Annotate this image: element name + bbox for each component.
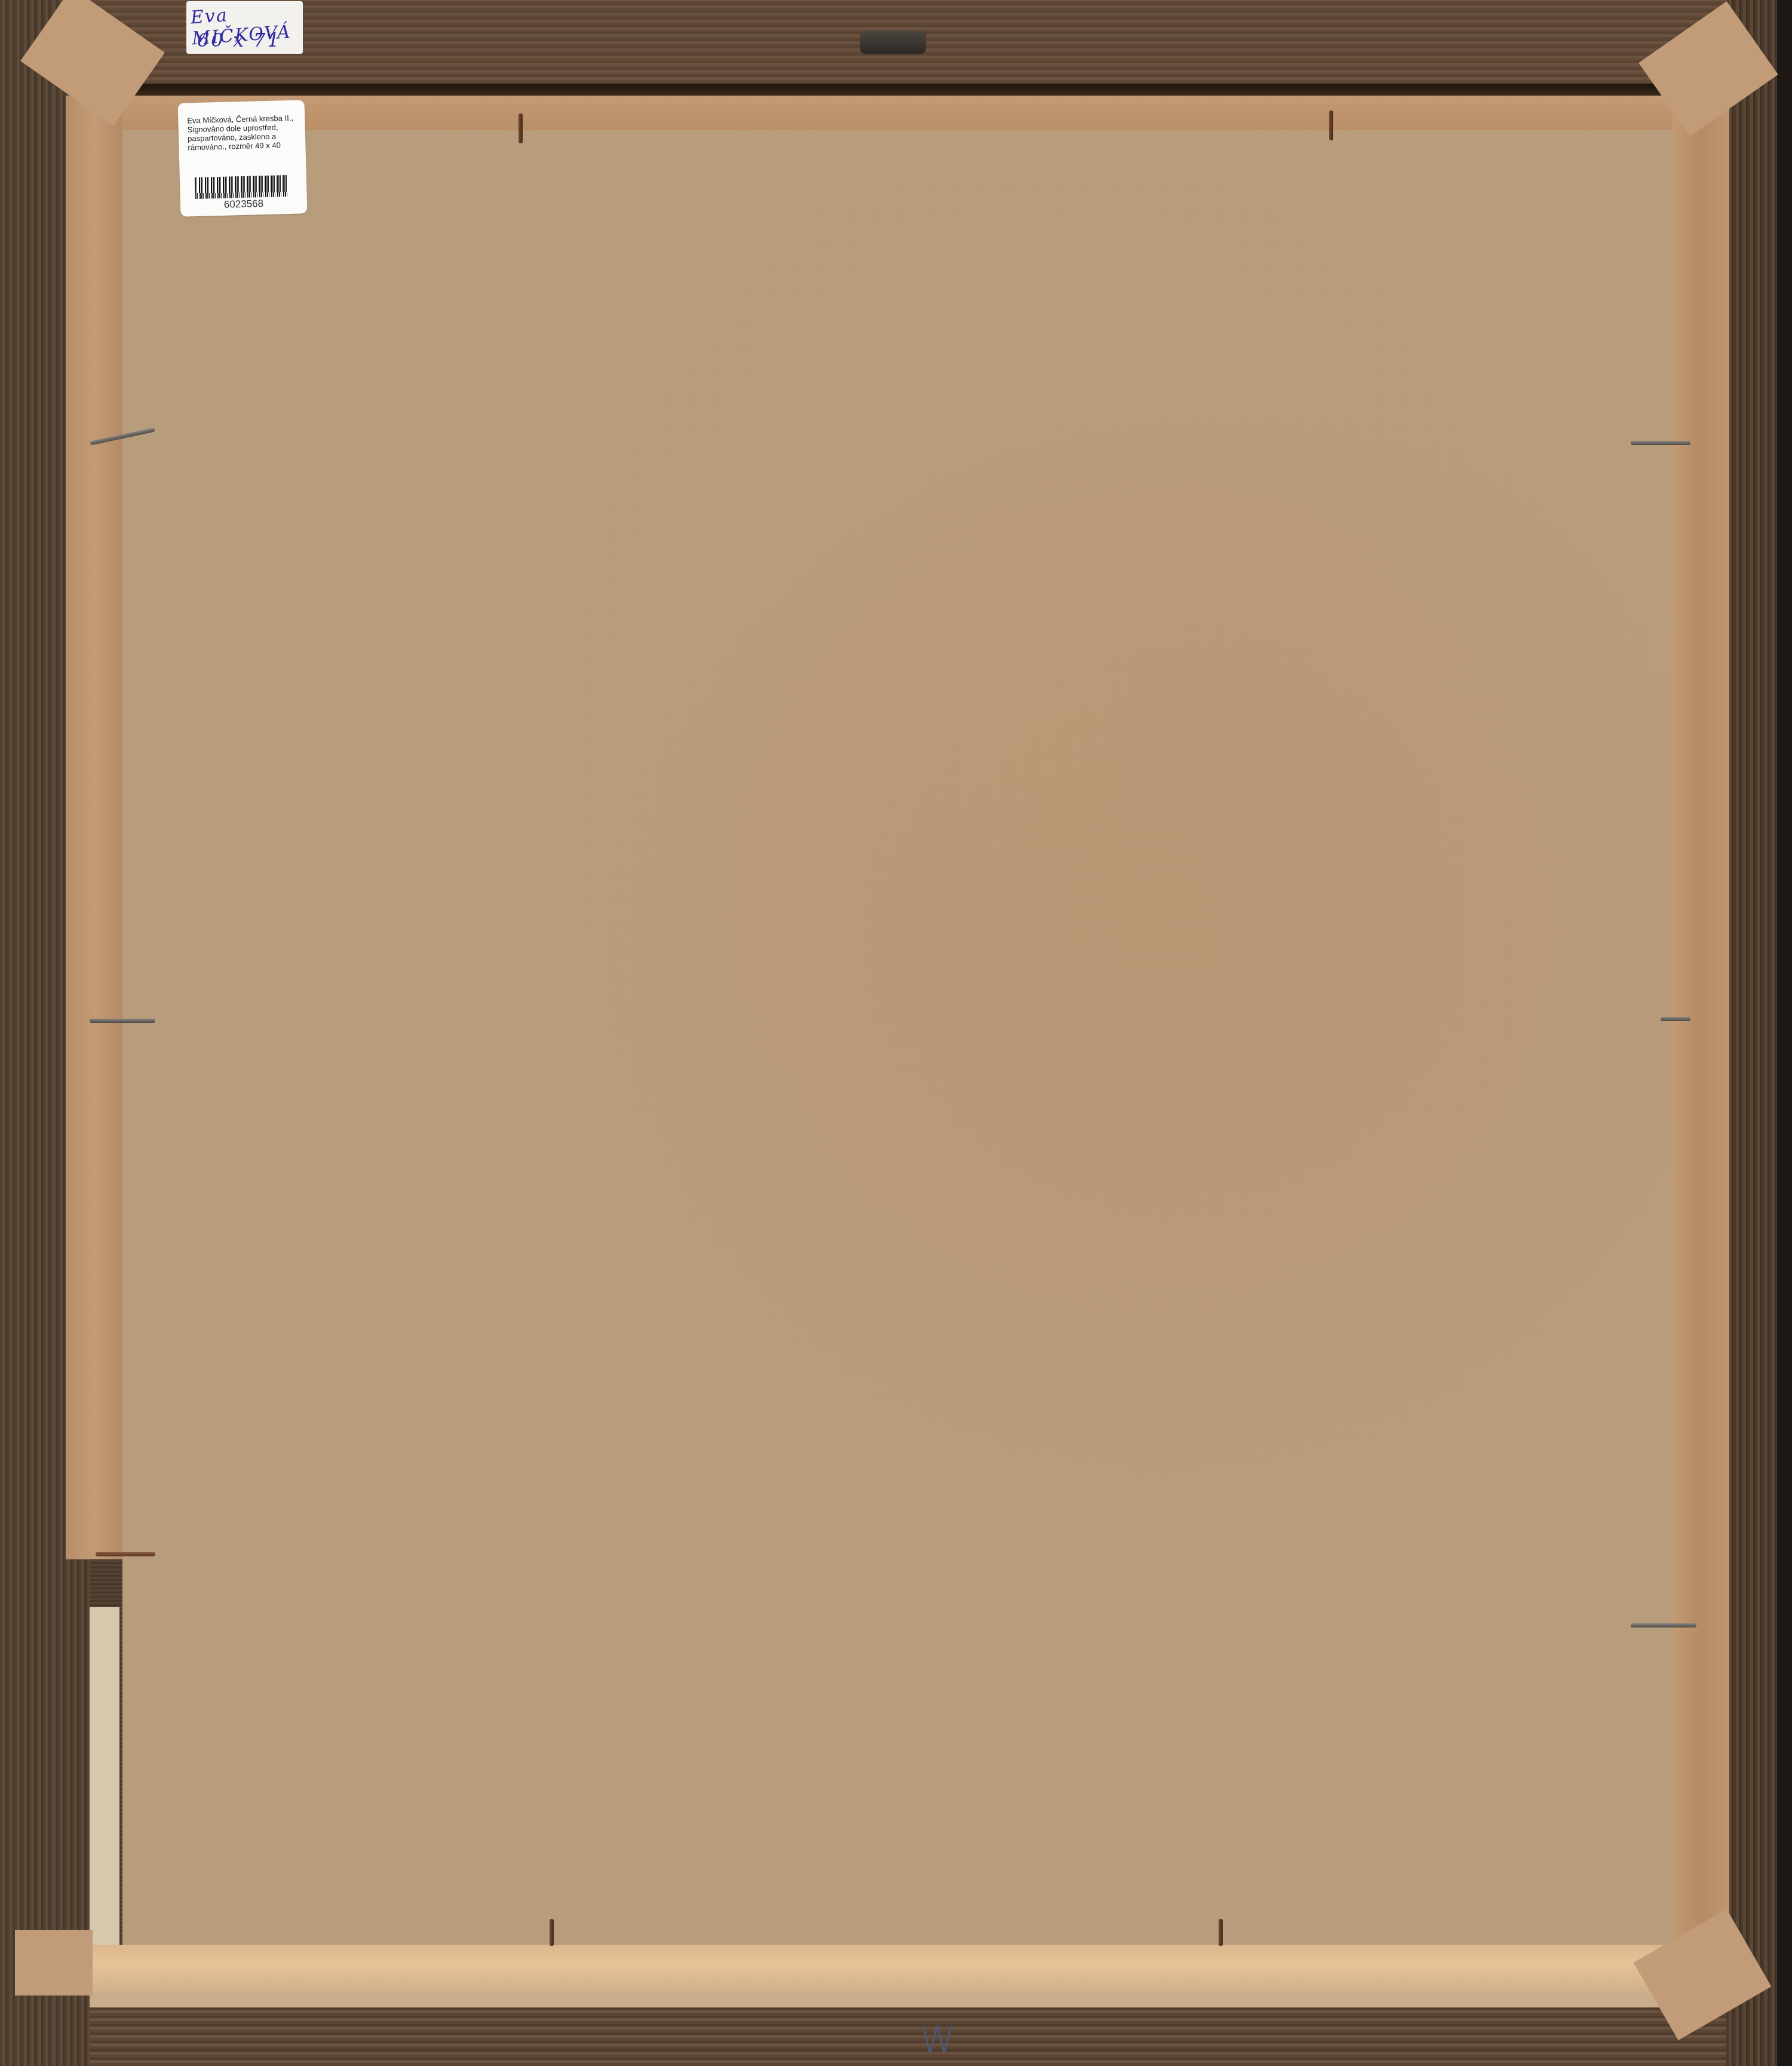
- tape-strip-right: [1673, 96, 1729, 1966]
- cardboard-backing: [122, 130, 1673, 1947]
- backing-edge-strip: [90, 1607, 119, 1948]
- artwork-back-photo: Eva MIČKOVÁ 60 x 71 Eva Míčková, Černá k…: [0, 0, 1792, 2066]
- nail-icon: [1219, 1919, 1223, 1946]
- inventory-label: Eva Míčková, Černá kresba II., Signováno…: [178, 100, 308, 216]
- frame-gap-shadow: [84, 84, 1696, 97]
- nail-icon: [518, 114, 523, 143]
- tape-strip-bottom: [90, 1945, 1732, 1993]
- pencil-mark: W: [920, 2019, 955, 2061]
- nail-icon: [1329, 111, 1333, 140]
- tape-strip-left: [66, 96, 122, 1559]
- tape-corner-bottom-left: [15, 1930, 93, 1996]
- hanger-hook-icon: [860, 31, 926, 54]
- nail-icon: [90, 1019, 155, 1023]
- nail-icon: [1631, 1623, 1696, 1627]
- tape-strip-top: [90, 96, 1696, 130]
- nail-icon: [1661, 1017, 1690, 1021]
- nail-icon: [550, 1919, 554, 1946]
- nail-icon: [1631, 441, 1690, 445]
- dimensions-handwritten: 60 x 71: [197, 29, 281, 51]
- handwritten-label: Eva MIČKOVÁ 60 x 71: [186, 1, 303, 54]
- frame-edge: [1777, 0, 1792, 2066]
- inventory-description: Eva Míčková, Černá kresba II., Signováno…: [187, 113, 302, 152]
- barcode-number: 6023568: [180, 197, 307, 212]
- nail-icon: [96, 1552, 155, 1556]
- barcode-icon: [195, 175, 288, 199]
